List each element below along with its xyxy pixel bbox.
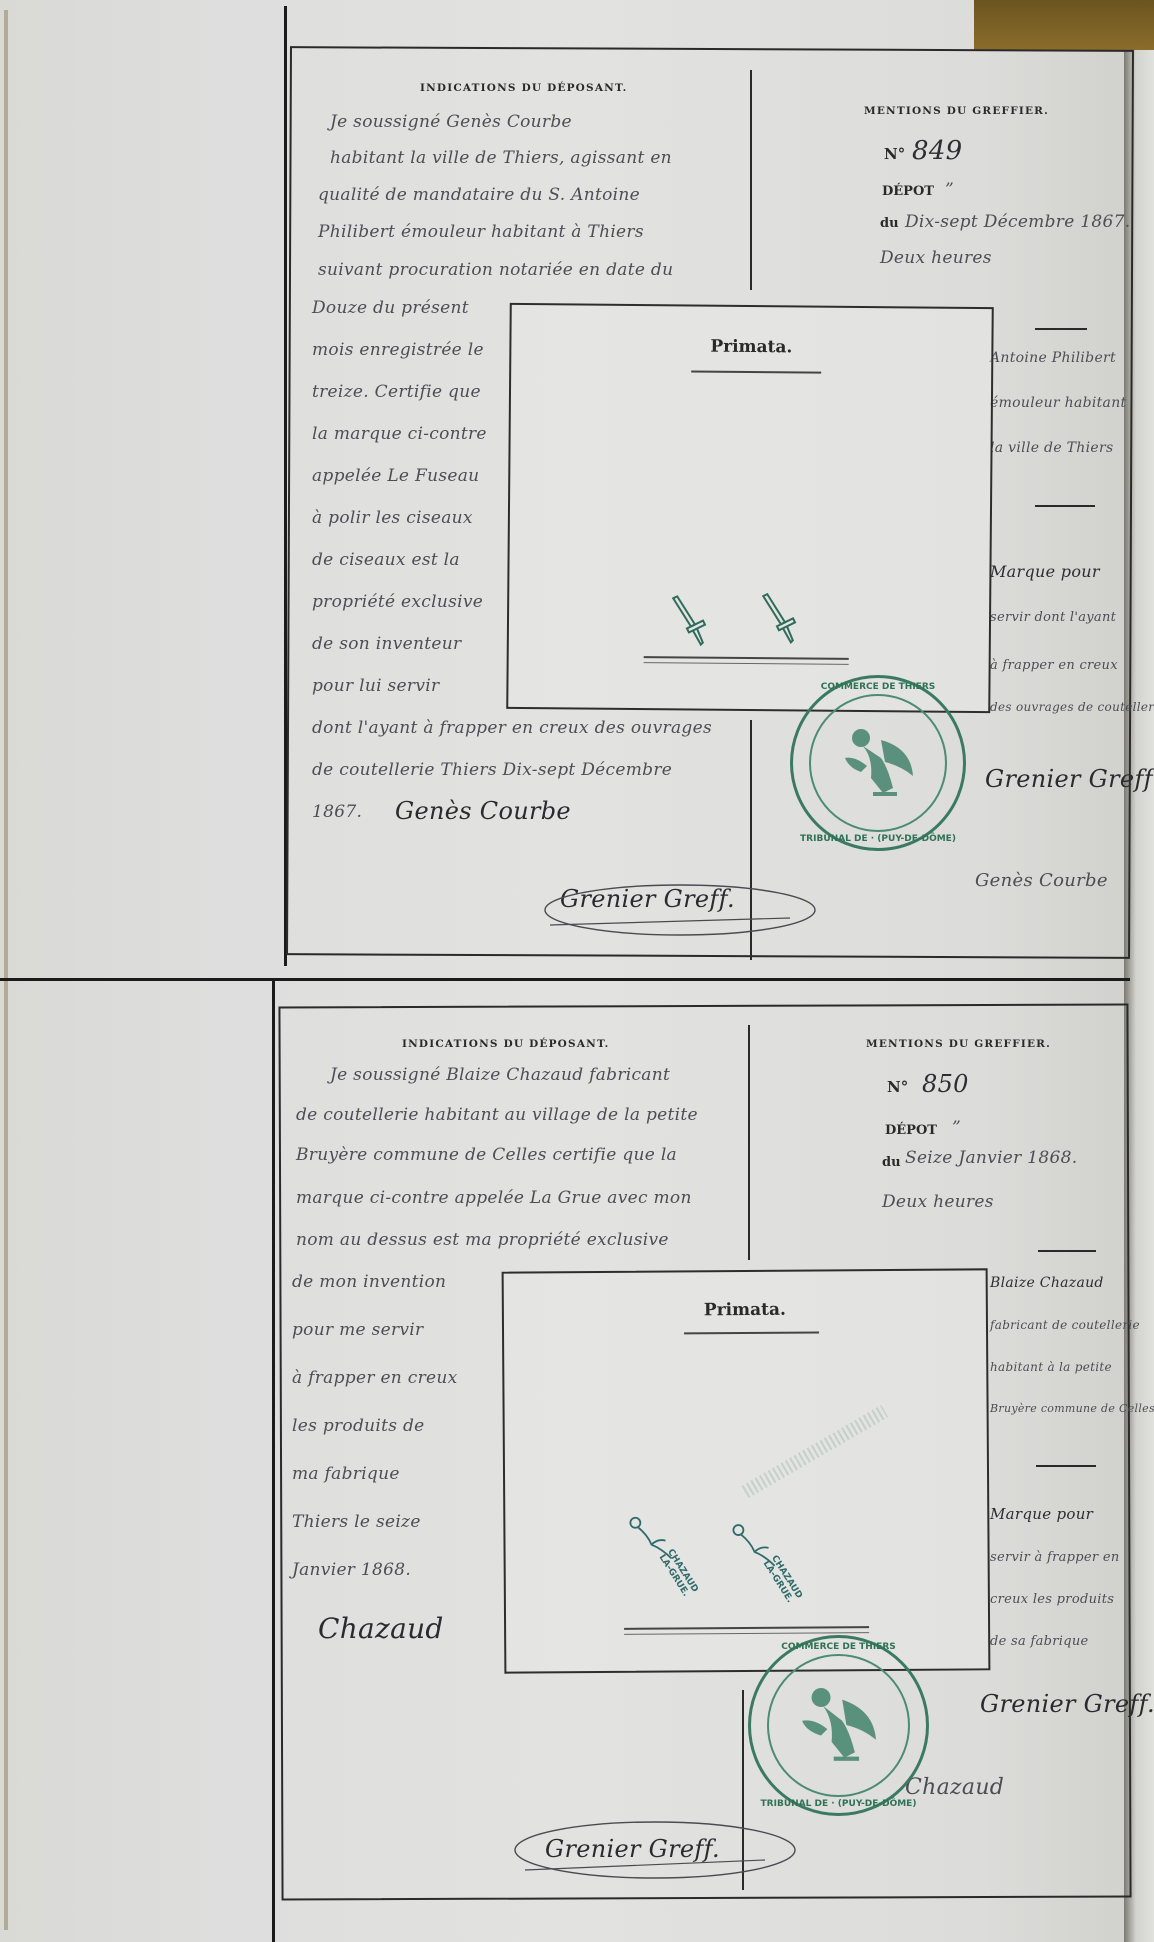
- register-page: INDICATIONS DU DÉPOSANT. MENTIONS DU GRE…: [0, 0, 1154, 1942]
- depositor-line: les produits de: [292, 1416, 425, 1436]
- clerk-mark-line: de sa fabrique: [990, 1634, 1089, 1649]
- depot-label: DÉPOT: [885, 1123, 937, 1138]
- clerk-rule: [1038, 1250, 1096, 1252]
- clerk-signature: Grenier Greff.: [980, 1690, 1154, 1718]
- number-label: N°: [887, 1078, 908, 1096]
- clerk-rule: [1036, 1465, 1096, 1467]
- clerk-owner-line: fabricant de coutellerie: [990, 1318, 1140, 1332]
- depositor-line: Janvier 1868.: [292, 1560, 411, 1580]
- register-entry-850: INDICATIONS DU DÉPOSANT. MENTIONS DU GRE…: [0, 0, 1154, 1942]
- date-label: du: [882, 1155, 901, 1170]
- depositor-line: nom au dessus est ma propriété exclusive: [296, 1230, 669, 1250]
- clerk-owner-line: Blaize Chazaud: [990, 1275, 1104, 1291]
- imperial-eagle-icon: [791, 1678, 886, 1773]
- deposit-time: Deux heures: [882, 1192, 994, 1212]
- depot-ditto-mark: ”: [952, 1118, 961, 1138]
- depositor-line: de mon invention: [292, 1272, 446, 1292]
- column-divider: [748, 1025, 750, 1260]
- faded-imprint-icon: [735, 1401, 896, 1502]
- signature-flourish-icon: [505, 1805, 805, 1895]
- deposit-number: 850: [922, 1070, 969, 1098]
- seal-top-text: COMMERCE DE THIERS: [751, 1642, 926, 1652]
- depositor-line: Thiers le seize: [292, 1512, 421, 1532]
- depositor-line: Je soussigné Blaize Chazaud fabricant: [330, 1065, 670, 1085]
- depositor-line: marque ci-contre appelée La Grue avec mo…: [296, 1188, 692, 1208]
- clerk-owner-line: Bruyère commune de Celles: [990, 1402, 1154, 1415]
- depositor-line: de coutellerie habitant au village de la…: [296, 1105, 698, 1125]
- depositor-line: à frapper en creux: [292, 1368, 458, 1388]
- mark-box-title: Primata.: [504, 1298, 986, 1321]
- clerk-mark-line: servir à frapper en: [990, 1550, 1120, 1565]
- depositor-signature: Chazaud: [318, 1612, 444, 1645]
- title-underline: [684, 1331, 819, 1334]
- tribunal-seal-stamp: COMMERCE DE THIERS TRIBUNAL DE · (PUY-DE…: [748, 1635, 929, 1816]
- seal-bottom-text: TRIBUNAL DE · (PUY-DE-DÔME): [751, 1799, 926, 1809]
- deposit-date: Seize Janvier 1868.: [905, 1148, 1077, 1168]
- clerk-owner-line: habitant à la petite: [990, 1360, 1112, 1374]
- mark-baseline-rule: [624, 1626, 869, 1635]
- depositor-header: INDICATIONS DU DÉPOSANT.: [402, 1038, 609, 1050]
- depositor-line: ma fabrique: [292, 1464, 400, 1484]
- depositor-countersignature: Chazaud: [905, 1775, 1004, 1800]
- clerk-mark-line: creux les produits: [990, 1592, 1114, 1607]
- clerk-mark-line: Marque pour: [990, 1505, 1093, 1523]
- depositor-line: Bruyère commune de Celles certifie que l…: [296, 1145, 677, 1165]
- clerk-header: MENTIONS DU GREFFIER.: [866, 1038, 1051, 1050]
- trademark-imprint-box: Primata. CHAZAUD LA-GRUE.: [502, 1268, 991, 1673]
- depositor-line: pour me servir: [292, 1320, 423, 1340]
